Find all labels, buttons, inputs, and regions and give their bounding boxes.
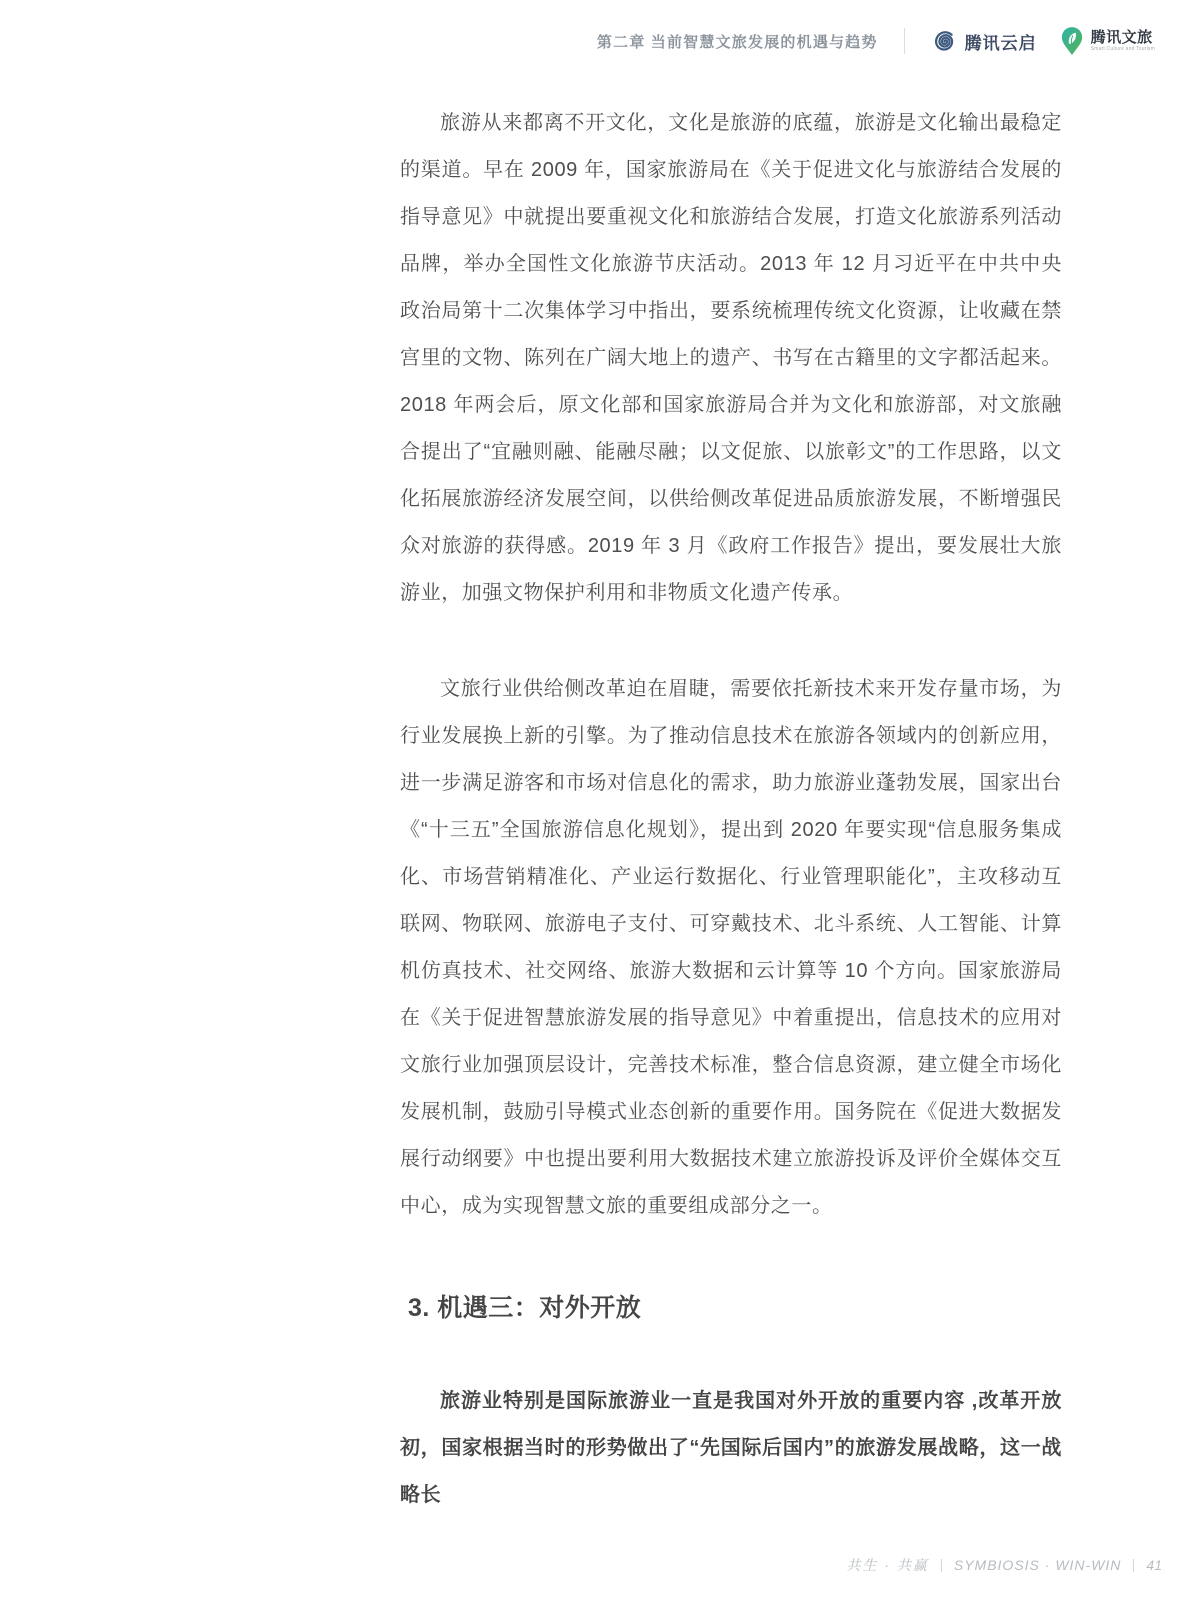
footer-divider [1133,1559,1134,1572]
document-page: 第二章 当前智慧文旅发展的机遇与趋势 腾讯云启 [0,0,1192,1616]
tencent-wenlv-logo-tagline: Smart Culture and Tourism [1091,47,1155,52]
tencent-wenlv-logo: 腾讯文旅 Smart Culture and Tourism [1059,26,1155,56]
tencent-cloud-logo-label: 腾讯云启 [965,29,1037,54]
chapter-title: 第二章 当前智慧文旅发展的机遇与趋势 [597,31,878,52]
header-divider [904,28,905,54]
page-header: 第二章 当前智慧文旅发展的机遇与趋势 腾讯云启 [597,20,1155,62]
tencent-cloud-logo: 腾讯云启 [931,28,1037,55]
paragraph-culture-tourism-policy: 旅游从来都离不开文化，文化是旅游的底蕴，旅游是文化输出最稳定的渠道。早在 200… [400,100,1062,617]
paragraph-tech-innovation-policy: 文旅行业供给侧改革迫在眉睫，需要依托新技术来开发存量市场，为行业发展换上新的引擎… [400,666,1062,1230]
footer-slogan-en: SYMBIOSIS · WIN-WIN [954,1557,1122,1573]
tencent-wenlv-logo-textblock: 腾讯文旅 Smart Culture and Tourism [1091,30,1155,52]
footer-divider [941,1559,942,1572]
paragraph-opening-up-bold: 旅游业特别是国际旅游业一直是我国对外开放的重要内容 ,改革开放初，国家根据当时的… [400,1378,1062,1519]
footer-page-number: 41 [1146,1557,1162,1573]
footer-slogan-cn: 共生 · 共赢 [846,1555,928,1575]
spiral-swirl-icon [931,28,958,55]
page-footer: 共生 · 共赢 SYMBIOSIS · WIN-WIN 41 [846,1555,1162,1575]
section-heading-opportunity-3: 3. 机遇三：对外开放 [408,1290,1062,1326]
page-body: 旅游从来都离不开文化，文化是旅游的底蕴，旅游是文化输出最稳定的渠道。早在 200… [400,100,1062,1519]
tencent-wenlv-logo-label: 腾讯文旅 [1091,30,1155,45]
drop-leaf-icon [1059,26,1085,56]
